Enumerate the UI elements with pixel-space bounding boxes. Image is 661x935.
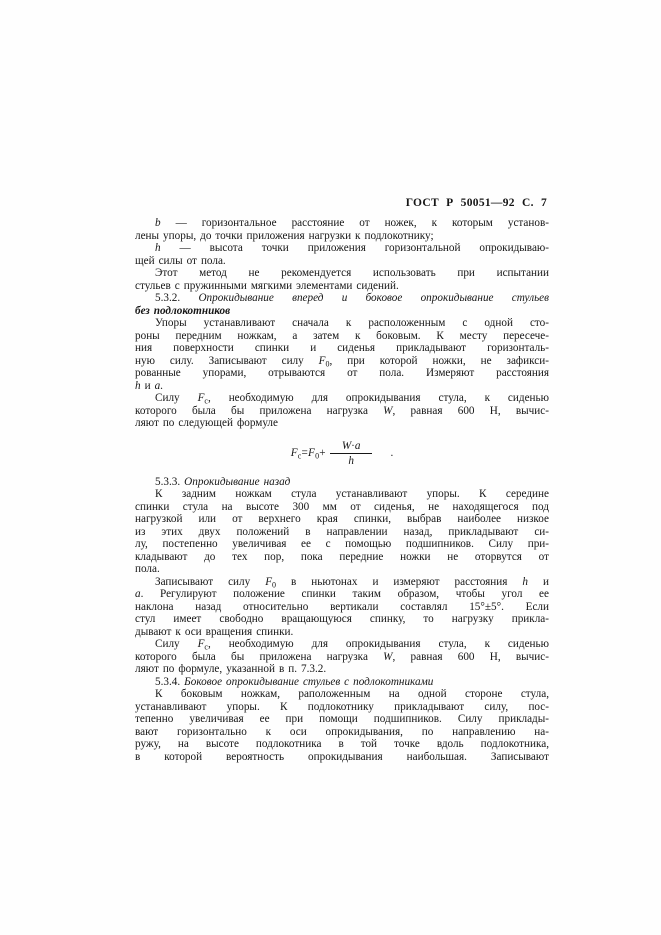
- text-run: — горизонтальное расстояние от ножек, к …: [161, 217, 549, 229]
- text-run: a: [355, 440, 361, 452]
- paragraph: h — высота точки приложения горизонтальн…: [135, 242, 549, 267]
- text-line: тепенно увеличивая ее при помощи подшипн…: [135, 713, 549, 726]
- text-line: стульев с пружинными мягкими элементами …: [135, 280, 549, 293]
- text-run: Боковое опрокидывание стульев с подлокот…: [184, 676, 433, 688]
- text-line: Силу Fс, необходимую для опрокидывания с…: [135, 638, 549, 651]
- text-line: вают горизонтально к оси опрокидывания, …: [135, 726, 549, 739]
- text-line: из этих двух положений в направлении наз…: [135, 526, 549, 539]
- text-run: W: [342, 440, 351, 452]
- paragraph: Силу Fс, необходимую для опрокидывания с…: [135, 392, 549, 430]
- text-run: h: [348, 455, 354, 467]
- text-line: ную силу. Записывают силу F0, при которо…: [135, 355, 549, 368]
- text-run: и: [141, 380, 155, 392]
- text-line: ния поверхности спинки и сиденья приклад…: [135, 342, 549, 355]
- text-line: которого была бы приложена нагрузка W, р…: [135, 405, 549, 418]
- text-line: без подлокотников: [135, 305, 549, 318]
- text-run: F: [319, 355, 326, 367]
- scanned-document-page: ГОСТ Р 50051—92 С. 7 b — горизонтальное …: [0, 0, 661, 935]
- text-run: .: [160, 380, 163, 392]
- paragraph: b — горизонтальное расстояние от ножек, …: [135, 217, 549, 242]
- text-run: Опрокидывание назад: [184, 476, 290, 488]
- text-run: которого была бы приложена нагрузка: [135, 405, 383, 417]
- text-line: Упоры устанавливают сначала к расположен…: [135, 317, 549, 330]
- text-run: F: [291, 447, 298, 459]
- section-heading: 5.3.3. Опрокидывание назад: [135, 476, 549, 489]
- section-heading: 5.3.2. Опрокидывание вперед и боковое оп…: [135, 292, 549, 317]
- text-line: щей силы от пола.: [135, 255, 549, 268]
- text-run: F: [265, 576, 272, 588]
- text-line: a. Регулируют положение спинки таким обр…: [135, 588, 549, 601]
- page-header: ГОСТ Р 50051—92 С. 7: [0, 197, 547, 209]
- text-line: лу, постепенно увеличивая ее с помощью п…: [135, 538, 549, 551]
- text-line: Силу Fс, необходимую для опрокидывания с…: [135, 392, 549, 405]
- text-run: 5.3.4.: [155, 676, 184, 688]
- text-run: , необходимую для опрокидывания стула, к…: [208, 638, 549, 650]
- section-heading: 5.3.4. Боковое опрокидывание стульев с п…: [135, 676, 549, 689]
- fraction-denominator: h: [330, 454, 373, 467]
- text-line: рованные упорами, отрываются от пола. Из…: [135, 367, 549, 380]
- text-line: кладывают до тех пор, пока передние ножк…: [135, 551, 549, 564]
- text-line: которого была бы приложена нагрузка W, р…: [135, 651, 549, 664]
- text-run: , необходимую для опрокидывания стула, к…: [208, 392, 549, 404]
- text-run: . Регулируют положение спинки таким обра…: [141, 588, 549, 600]
- text-line: наклона назад относительно вертикали сос…: [135, 601, 549, 614]
- text-run: которого была бы приложена нагрузка: [135, 651, 383, 663]
- text-line: в которой вероятность опрокидывания наиб…: [135, 751, 549, 764]
- paragraph: К боковым ножкам, раположенным на одной …: [135, 688, 549, 763]
- text-run: ную силу. Записывают силу: [135, 355, 319, 367]
- formula-left-side: Fс=F0+: [291, 447, 326, 459]
- text-run: , равная 600 Н, вычис-: [392, 405, 549, 417]
- text-run: в ньютонах и измеряют расстояния: [276, 576, 522, 588]
- text-line: b — горизонтальное расстояние от ножек, …: [135, 217, 549, 230]
- text-line: 5.3.3. Опрокидывание назад: [135, 476, 549, 489]
- fraction: W·ah: [330, 440, 373, 467]
- text-line: ляют по следующей формуле: [135, 417, 549, 430]
- text-line: дывают к оси вращения спинки.: [135, 626, 549, 639]
- paragraph: Этот метод не рекомендуется использовать…: [135, 267, 549, 292]
- text-line: ружу, на высоте подлокотника в той точке…: [135, 738, 549, 751]
- text-run: — высота точки приложения горизонтальной…: [161, 242, 549, 254]
- text-line: нагрузкой или от верхнего края спинки, в…: [135, 513, 549, 526]
- text-line: К задним ножкам стула устанавливают упор…: [135, 488, 549, 501]
- text-line: h и a.: [135, 380, 549, 393]
- text-line: h — высота точки приложения горизонтальн…: [135, 242, 549, 255]
- text-line: К боковым ножкам, раположенным на одной …: [135, 688, 549, 701]
- text-run: , при которой ножки, не зафикси-: [330, 355, 549, 367]
- text-run: без подлокотников: [135, 305, 230, 317]
- text-run: Записывают силу: [155, 576, 265, 588]
- paragraph: К задним ножкам стула устанавливают упор…: [135, 488, 549, 576]
- text-line: 5.3.2. Опрокидывание вперед и боковое оп…: [135, 292, 549, 305]
- text-line: 5.3.4. Боковое опрокидывание стульев с п…: [135, 676, 549, 689]
- fraction-numerator: W·a: [330, 440, 373, 454]
- formula: Fс=F0+W·ah.: [135, 440, 549, 467]
- text-line: устанавливают упоры. К подлокотнику прик…: [135, 701, 549, 714]
- text-line: Записывают силу F0 в ньютонах и измеряют…: [135, 576, 549, 589]
- text-run: +: [319, 447, 326, 459]
- text-line: спинки стула на высоте 300 мм от сиденья…: [135, 501, 549, 514]
- text-run: 5.3.3.: [155, 476, 184, 488]
- text-run: 5.3.2.: [155, 292, 198, 304]
- text-run: Силу: [155, 392, 198, 404]
- paragraph: Записывают силу F0 в ньютонах и измеряют…: [135, 576, 549, 639]
- paragraph: Силу Fс, необходимую для опрокидывания с…: [135, 638, 549, 676]
- formula-tail: .: [390, 447, 393, 459]
- text-line: Этот метод не рекомендуется использовать…: [135, 267, 549, 280]
- text-line: лены упоры, до точки приложения нагрузки…: [135, 230, 549, 243]
- document-body: b — горизонтальное расстояние от ножек, …: [135, 217, 549, 763]
- text-line: ляют по формуле, указанной в п. 7.3.2.: [135, 663, 549, 676]
- text-run: и: [528, 576, 549, 588]
- text-run: , равная 600 Н, вычис-: [392, 651, 549, 663]
- text-line: пола.: [135, 563, 549, 576]
- text-run: Силу: [155, 638, 198, 650]
- text-line: роны передним ножкам, а затем к боковым.…: [135, 330, 549, 343]
- text-line: стул имеет свободно вращающуюся спинку, …: [135, 613, 549, 626]
- paragraph: Упоры устанавливают сначала к расположен…: [135, 317, 549, 392]
- text-run: Опрокидывание вперед и боковое опрокидыв…: [198, 292, 549, 304]
